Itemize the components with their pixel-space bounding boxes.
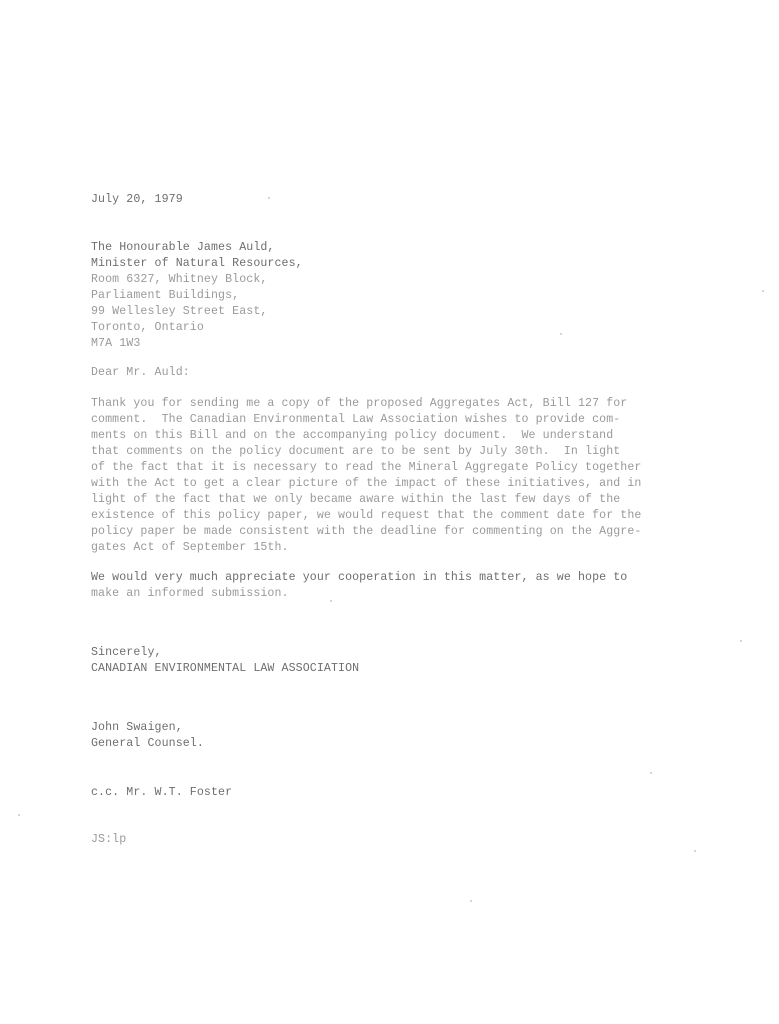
paragraph-line: of the fact that it is necessary to read…: [91, 461, 641, 474]
paragraph-line: make an informed submission.: [91, 587, 289, 600]
paragraph-line: gates Act of September 15th.: [91, 541, 289, 554]
reference-initials: JS:lp: [91, 833, 126, 846]
scan-speck: [560, 333, 562, 335]
scan-speck: [470, 900, 472, 902]
letter-date: July 20, 1979: [91, 193, 183, 206]
salutation: Dear Mr. Auld:: [91, 366, 190, 379]
paragraph-line: with the Act to get a clear picture of t…: [91, 477, 641, 490]
scan-speck: [694, 850, 696, 852]
scan-speck: [330, 600, 332, 602]
paragraph-line: policy paper be made consistent with the…: [91, 525, 641, 538]
organization-name: CANADIAN ENVIRONMENTAL LAW ASSOCIATION: [91, 662, 359, 675]
paragraph-line: comment. The Canadian Environmental Law …: [91, 413, 620, 426]
scan-speck: [268, 197, 270, 199]
letter-page: July 20, 1979 The Honourable James Auld,…: [0, 0, 779, 1024]
scan-speck: [740, 640, 742, 642]
paragraph-line: Thank you for sending me a copy of the p…: [91, 397, 627, 410]
scan-speck: [18, 814, 20, 816]
carbon-copy: c.c. Mr. W.T. Foster: [91, 786, 232, 799]
scan-speck: [650, 772, 652, 774]
recipient-line: M7A 1W3: [91, 337, 140, 350]
scan-speck: [762, 290, 764, 292]
recipient-line: 99 Wellesley Street East,: [91, 305, 267, 318]
recipient-line: Toronto, Ontario: [91, 321, 204, 334]
recipient-line: Parliament Buildings,: [91, 289, 239, 302]
recipient-line: Room 6327, Whitney Block,: [91, 273, 267, 286]
paragraph-line: We would very much appreciate your coope…: [91, 571, 627, 584]
recipient-line: The Honourable James Auld,: [91, 241, 275, 254]
paragraph-line: existence of this policy paper, we would…: [91, 509, 641, 522]
signer-title: General Counsel.: [91, 737, 204, 750]
paragraph-line: that comments on the policy document are…: [91, 445, 620, 458]
closing: Sincerely,: [91, 646, 162, 659]
signer-name: John Swaigen,: [91, 721, 183, 734]
recipient-line: Minister of Natural Resources,: [91, 257, 303, 270]
paragraph-line: light of the fact that we only became aw…: [91, 493, 620, 506]
paragraph-line: ments on this Bill and on the accompanyi…: [91, 429, 613, 442]
